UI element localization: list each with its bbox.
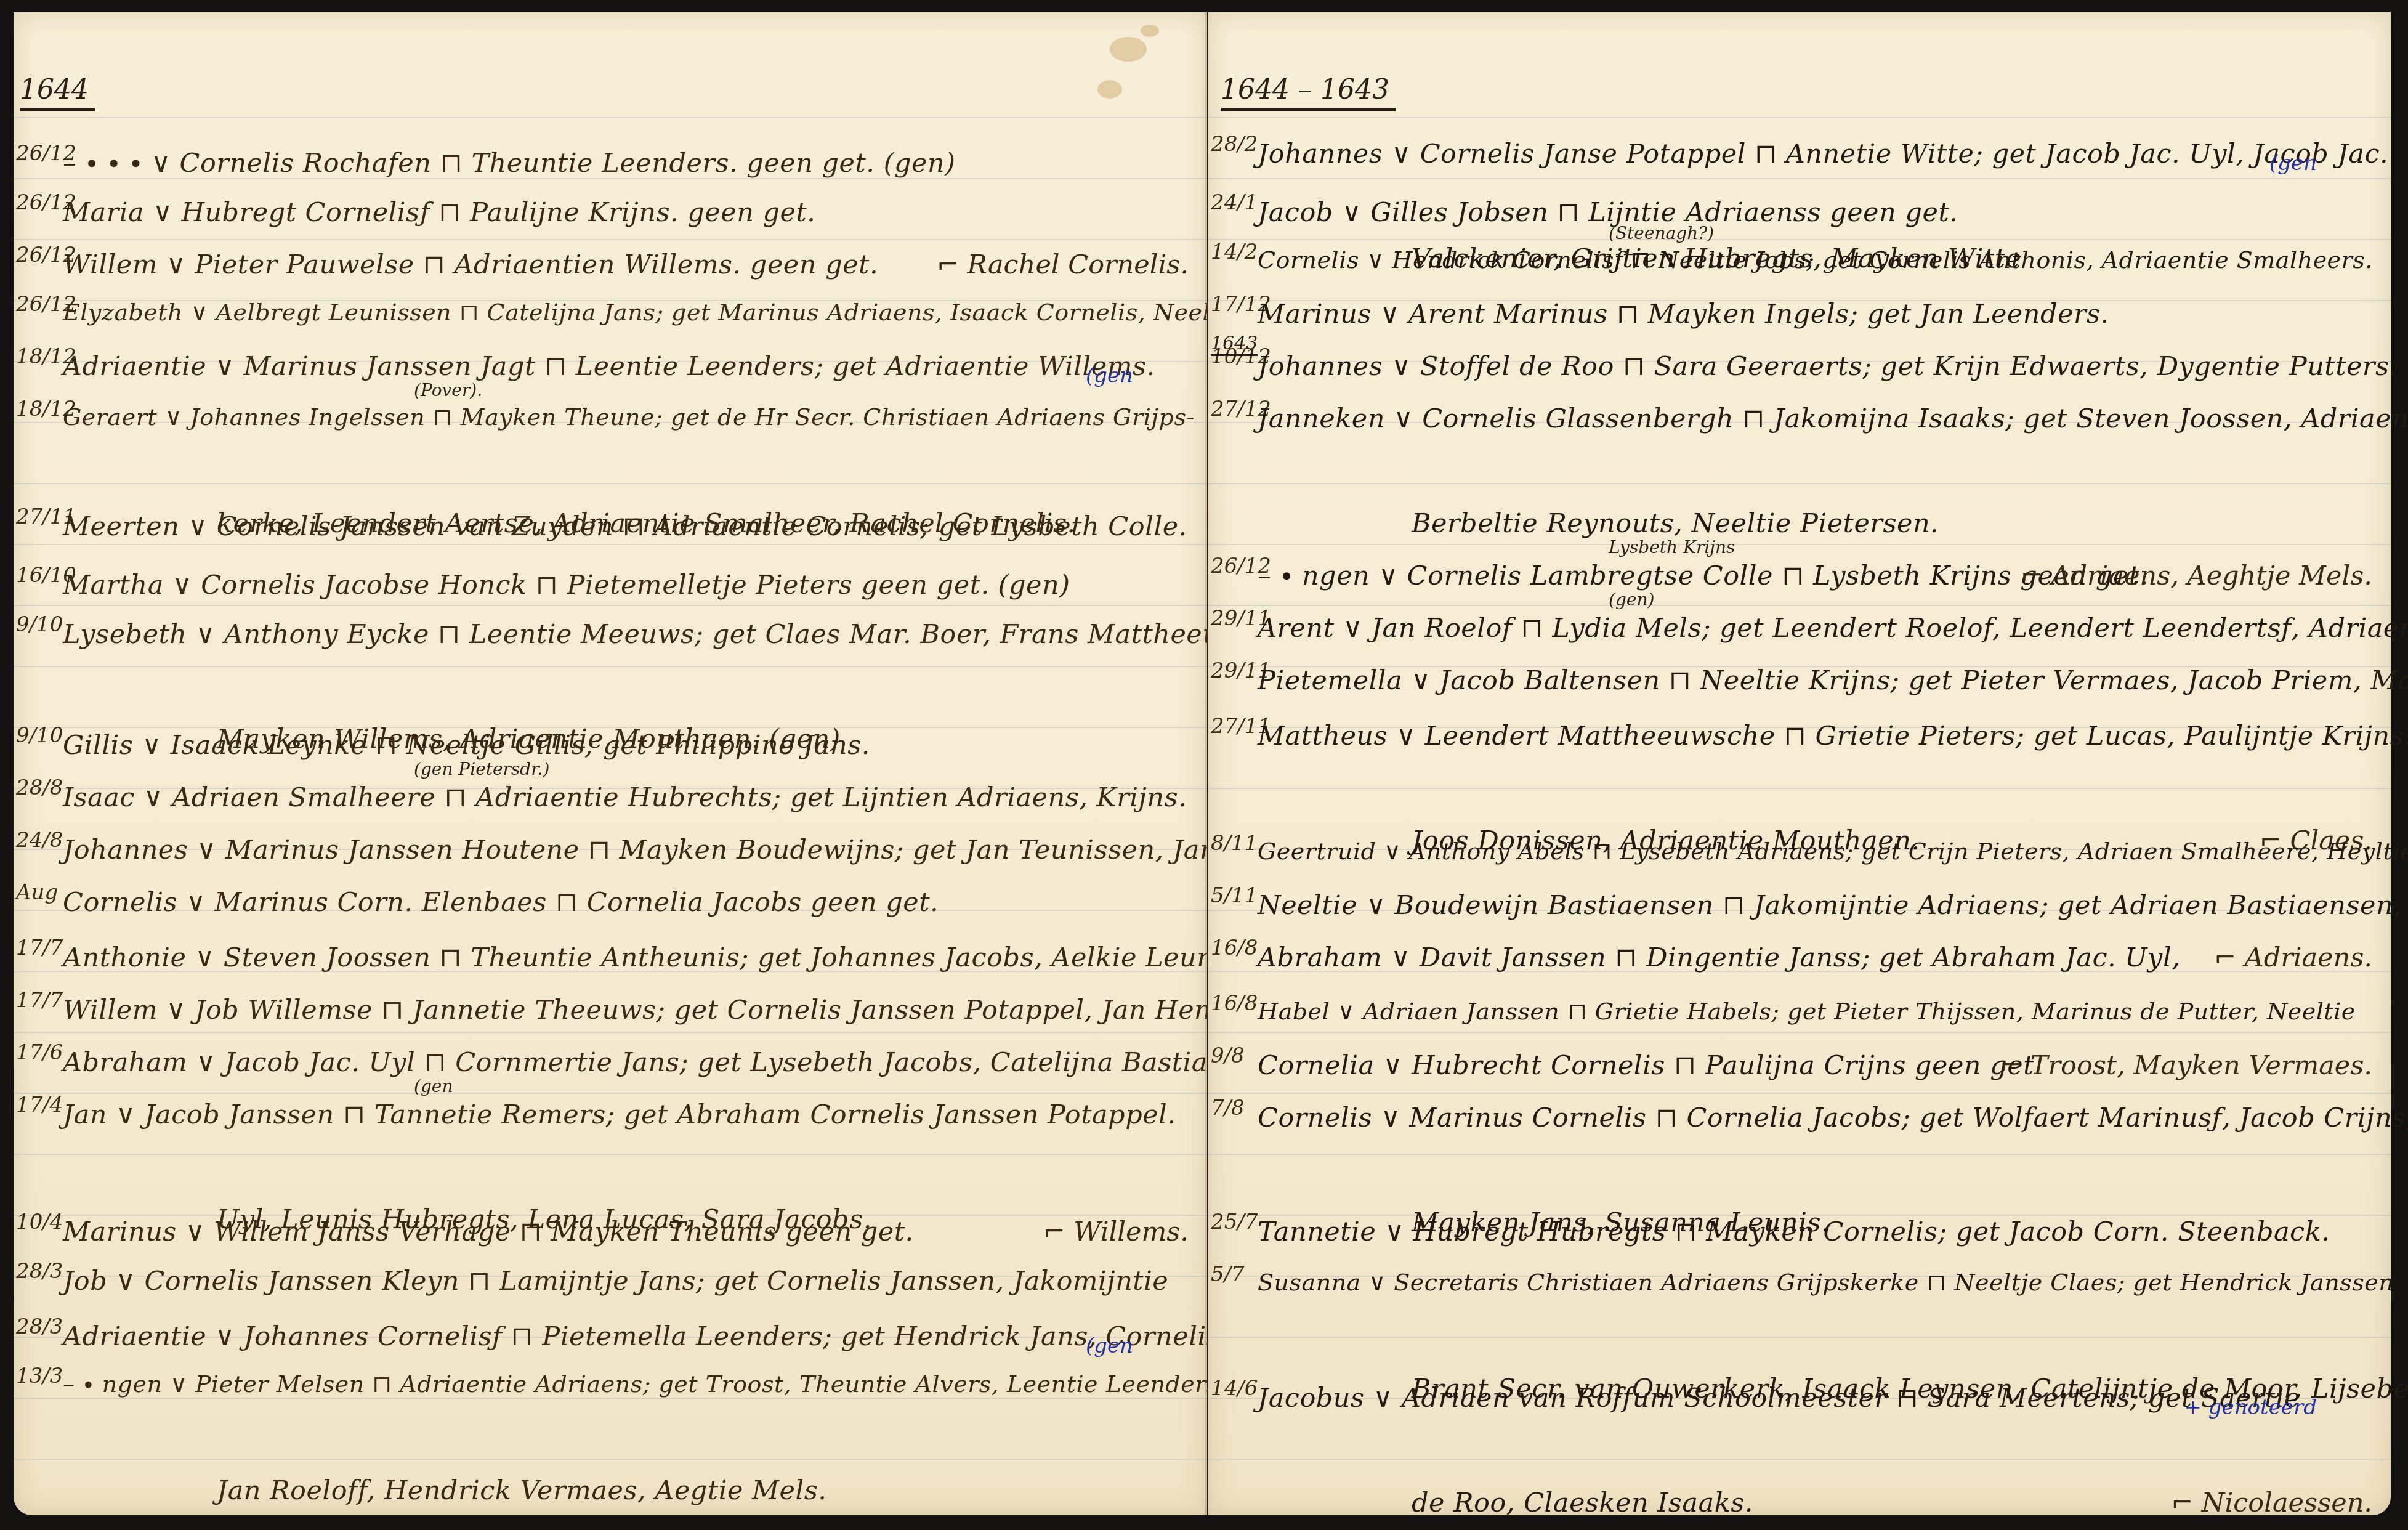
ruled-line (1208, 605, 2391, 606)
entry-line: Johannes ∨ Cornelis Janse Potappel ⊓ Ann… (1258, 139, 2388, 169)
entry-line: Maria ∨ Hubregt Cornelisƒ ⊓ Paulijne Kri… (63, 197, 816, 228)
entry-line: Pietemella ∨ Jacob Baltensen ⊓ Neeltie K… (1258, 665, 2408, 696)
entry-line: Abraham ∨ Jacob Jac. Uyl ⊓ Cornmertie Ja… (63, 1047, 1264, 1078)
blue-annotation: + genoteerd (2184, 1395, 2317, 1420)
entry-date: 27/11 (16, 506, 59, 527)
entry-date: 28/2 (1211, 134, 1254, 155)
margin-name-note: ⌐ Adriaens. (2214, 942, 2372, 973)
entry-date: 10/4 (16, 1212, 59, 1232)
entry-date: 26/12 (16, 245, 59, 265)
interlinear-note: (gen (414, 1076, 453, 1096)
margin-name-note: ⌐ Rachel Cornelis. (937, 249, 1189, 280)
entry-line: Elyzabeth ∨ Aelbregt Leunissen ⊓ Catelij… (63, 299, 1317, 326)
entry-line: Jacobus ∨ Adriaen van Roffum Schoolmeest… (1258, 1383, 2300, 1414)
entry-date: 28/3 (16, 1316, 59, 1337)
entry-date: 26/12 (16, 143, 59, 164)
entry-line: Job ∨ Cornelis Janssen Kleyn ⊓ Lamijntje… (63, 1266, 1168, 1297)
entry-line: Johannes ∨ Marinus Janssen Houtene ⊓ May… (63, 835, 1286, 865)
entry-date: 26/12 (16, 192, 59, 213)
ruled-line (14, 1154, 1207, 1155)
margin-name-note: ⌐ Nicolaessen. (2171, 1487, 2372, 1518)
paper-stain (1141, 25, 1159, 37)
entry-date: 17/6 (16, 1042, 59, 1063)
ruled-line (1208, 1459, 2391, 1460)
blue-annotation: (gen (1086, 363, 1133, 388)
entry-line: Martha ∨ Cornelis Jacobse Honck ⊓ Pietem… (63, 570, 1070, 601)
paper-stain (1110, 37, 1147, 62)
ruled-line (1208, 1032, 2391, 1033)
entry-line: Habel ∨ Adriaen Janssen ⊓ Grietie Habels… (1258, 998, 2356, 1025)
ruled-line (1208, 483, 2391, 484)
entry-continuation-line: Berbeltie Reynouts, Neeltie Pietersen. (1412, 508, 1939, 539)
entry-date: 16/8 (1211, 937, 1254, 958)
margin-name-note: ⌐ Troost, Mayken Vermaes. (2000, 1050, 2372, 1081)
entry-date: 7/8 (1211, 1098, 1254, 1119)
entry-date: 25/7 (1211, 1212, 1254, 1232)
entry-continuation-line: de Roo, Claesken Isaaks. (1412, 1487, 1753, 1518)
entry-line: Cornelis ∨ Marinus Corn. Elenbaes ⊓ Corn… (63, 887, 939, 918)
entry-date: 14/2 (1211, 241, 1254, 262)
blue-annotation: (gen (2269, 151, 2317, 176)
entry-line: Johannes ∨ Stoffel de Roo ⊓ Sara Geeraer… (1258, 351, 2398, 382)
entry-line: Gillis ∨ Isaack Leynke ⊓ Neeltje Gillis;… (63, 730, 870, 761)
entry-date: 17/7 (16, 937, 59, 958)
blue-annotation: (gen (1086, 1334, 1133, 1358)
ruled-line (14, 483, 1207, 484)
entry-continuation-line: Jan Roeloff, Hendrick Vermaes, Aegtie Me… (217, 1475, 827, 1506)
entry-line: Tannetie ∨ Hubregt Hubregts ⊓ Mayken Cor… (1258, 1216, 2330, 1247)
entry-date: 17/7 (16, 990, 59, 1011)
entry-line: Abraham ∨ Davit Janssen ⊓ Dingentie Jans… (1258, 942, 2180, 973)
ruled-line (14, 1459, 1207, 1460)
entry-date: 8/11 (1211, 833, 1254, 854)
entry-date: 29/11 (1211, 660, 1254, 681)
entry-line: Geertruid ∨ Anthony Abels ⊓ Lysebeth Adr… (1258, 838, 2408, 865)
interlinear-note: (gen) (1609, 589, 1654, 610)
margin-name-note: ⌐ Adriaens, Aeghtje Mels. (2021, 561, 2372, 591)
ruled-line (1208, 178, 2391, 179)
interlinear-note: (gen Pietersdr.) (414, 759, 549, 779)
entry-date: 28/3 (16, 1261, 59, 1282)
entry-line: Meerten ∨ Cornelis Janssen van Zuyden ⊓ … (63, 511, 1187, 542)
entry-line: Jan ∨ Jacob Janssen ⊓ Tannetie Remers; g… (63, 1099, 1176, 1130)
ruled-line (14, 239, 1207, 240)
ruled-line (14, 1093, 1207, 1094)
entry-line: Marinus ∨ Arent Marinus ⊓ Mayken Ingels;… (1258, 299, 2109, 330)
entry-date: 18/12 (16, 346, 59, 367)
entry-date: 24/1 (1211, 192, 1254, 213)
ruled-line (1208, 544, 2391, 545)
entry-line: Cornelis ∨ Marinus Cornelis ⊓ Cornelia J… (1258, 1103, 2408, 1133)
sub-year-heading: 1643 (1211, 333, 1258, 356)
entry-date: 27/11 (1211, 716, 1254, 737)
entry-line: Geraert ∨ Johannes Ingelssen ⊓ Mayken Th… (63, 403, 1195, 431)
entry-date: 16/10 (16, 565, 59, 586)
paper-stain (1097, 80, 1122, 99)
entry-date: 24/8 (16, 830, 59, 851)
ruled-line (14, 1032, 1207, 1033)
entry-date: 28/8 (16, 777, 59, 798)
entry-line: Jacob ∨ Gilles Jobsen ⊓ Lijntie Adriaens… (1258, 197, 1958, 228)
entry-line: Willem ∨ Pieter Pauwelse ⊓ Adriaentien W… (63, 249, 878, 280)
entry-line: Cornelis ∨ Hendrick Cornelisƒ ⊓ Neeltie … (1258, 246, 2373, 273)
ruled-line (1208, 117, 2391, 118)
year-heading: 1644 (20, 74, 95, 111)
year-heading: 1644 – 1643 (1221, 74, 1396, 111)
ruled-line (14, 117, 1207, 118)
ruled-line (1208, 1337, 2391, 1338)
right-page: 1644 – 164328/2Johannes ∨ Cornelis Janse… (1208, 12, 2391, 1515)
ruled-line (1208, 788, 2391, 789)
entry-date: 9/10 (16, 614, 59, 635)
entry-date: 26/12 (1211, 556, 1254, 577)
margin-name-note: ⌐ Willems. (1043, 1216, 1189, 1247)
entry-line: – ∙ ngen ∨ Pieter Melsen ⊓ Adriaentie Ad… (63, 1370, 1219, 1398)
entry-date: 16/8 (1211, 993, 1254, 1014)
entry-date: 17/12 (1211, 294, 1254, 315)
entry-line: – ∙ ∙ ∙ ∨ Cornelis Rochafen ⊓ Theuntie L… (63, 148, 955, 179)
ruled-line (14, 544, 1207, 545)
entry-date: 9/8 (1211, 1045, 1254, 1066)
entry-date: Aug (16, 882, 59, 903)
entry-line: Adriaentie ∨ Marinus Janssen Jagt ⊓ Leen… (63, 351, 1155, 382)
entry-line: Lysebeth ∨ Anthony Eycke ⊓ Leentie Meeuw… (63, 619, 1266, 650)
entry-line: Janneken ∨ Cornelis Glassenbergh ⊓ Jakom… (1258, 403, 2408, 434)
entry-date: 13/3 (16, 1366, 59, 1386)
entry-line: Isaac ∨ Adriaen Smalheere ⊓ Adriaentie H… (63, 782, 1187, 813)
entry-line: Susanna ∨ Secretaris Christiaen Adriaens… (1258, 1269, 2394, 1296)
entry-line: Willem ∨ Job Willemse ⊓ Jannetie Theeuws… (63, 995, 1281, 1026)
ruled-line (14, 605, 1207, 606)
entry-line: Neeltie ∨ Boudewijn Bastiaensen ⊓ Jakomi… (1258, 890, 2408, 921)
interlinear-note: Lysbeth Krijns (1609, 537, 1735, 557)
ruled-line (1208, 1154, 2391, 1155)
entry-date: 29/11 (1211, 608, 1254, 629)
entry-date: 9/10 (16, 725, 59, 746)
entry-line: Mattheus ∨ Leendert Mattheeuwsche ⊓ Grie… (1258, 721, 2408, 751)
entry-date: 18/12 (16, 399, 59, 419)
entry-line: Cornelia ∨ Hubrecht Cornelis ⊓ Paulijna … (1258, 1050, 2034, 1081)
entry-line: – ∙ ngen ∨ Cornelis Lambregtse Colle ⊓ L… (1258, 561, 2149, 591)
entry-date: 14/6 (1211, 1378, 1254, 1399)
entry-date: 17/4 (16, 1095, 59, 1115)
entry-line: Arent ∨ Jan Roelof ⊓ Lydia Mels; get Lee… (1258, 613, 2408, 644)
interlinear-note: (Pover). (414, 380, 482, 400)
entry-line: Anthonie ∨ Steven Joossen ⊓ Theuntie Ant… (63, 942, 1245, 973)
ruled-line (1208, 1093, 2391, 1094)
left-page: 164426/12– ∙ ∙ ∙ ∨ Cornelis Rochafen ⊓ T… (14, 12, 1207, 1515)
entry-line: Marinus ∨ Willem Janss Verhage ⊓ Mayken … (63, 1216, 914, 1247)
entry-date: 5/7 (1211, 1264, 1254, 1285)
entry-date: 27/12 (1211, 399, 1254, 419)
entry-date: 26/12 (16, 294, 59, 315)
entry-date: 5/11 (1211, 885, 1254, 906)
ruled-line (14, 666, 1207, 667)
ruled-line (1208, 239, 2391, 240)
ruled-line (14, 1398, 1207, 1399)
